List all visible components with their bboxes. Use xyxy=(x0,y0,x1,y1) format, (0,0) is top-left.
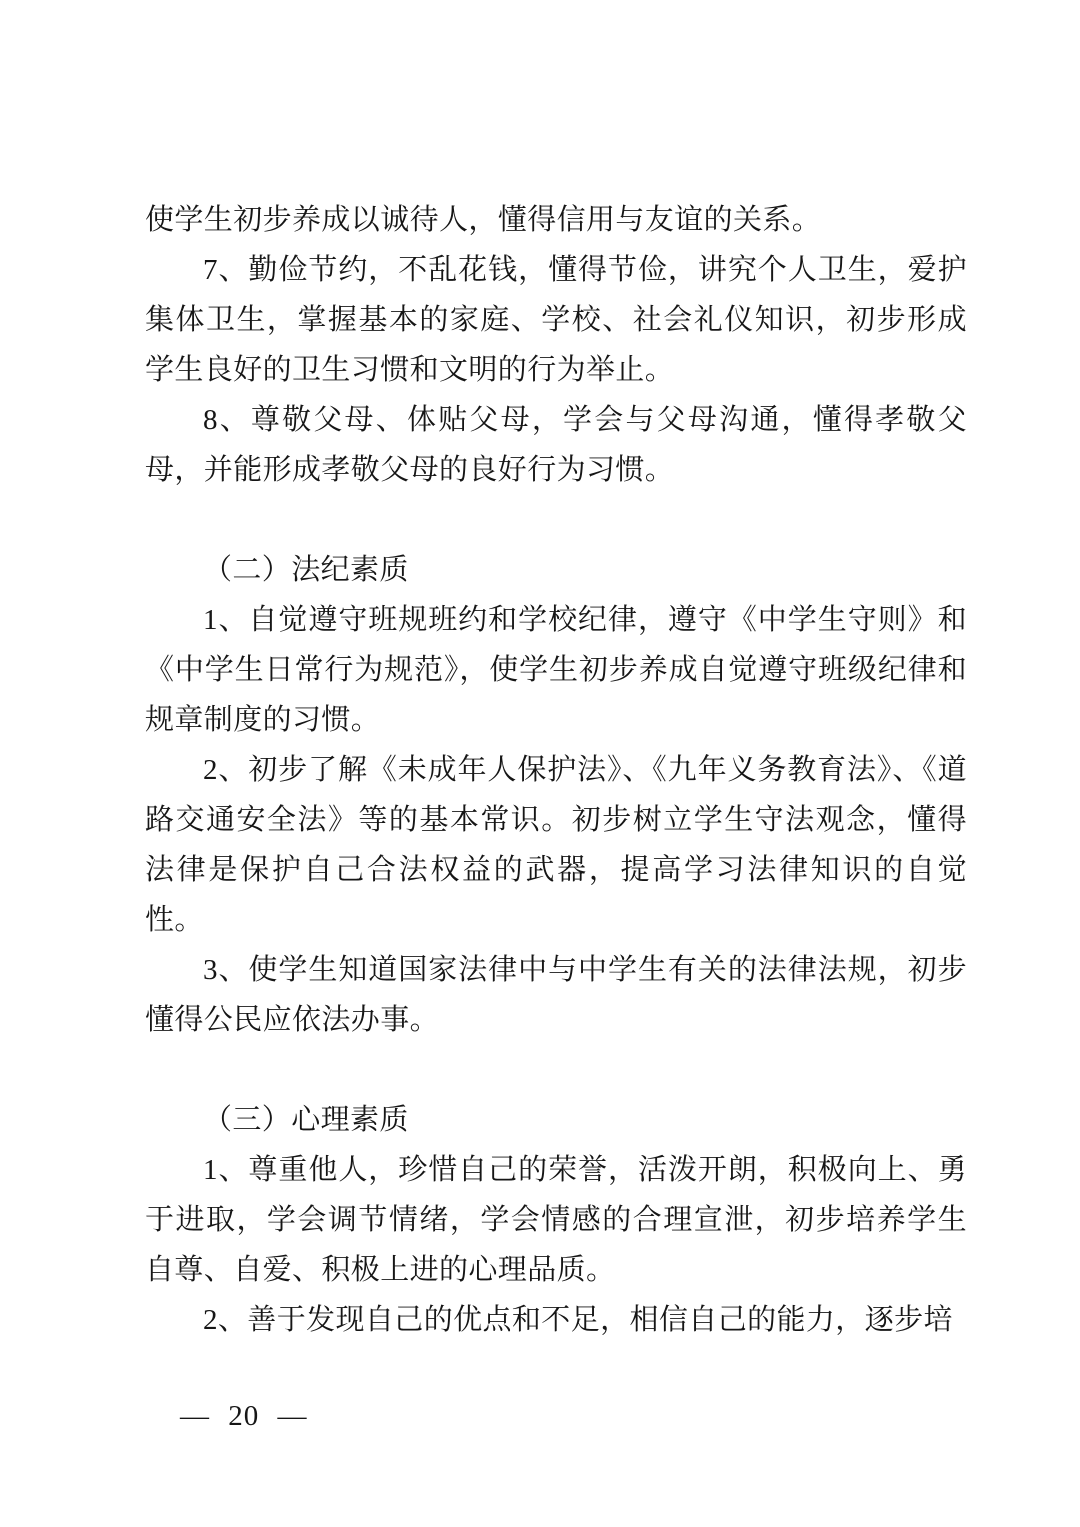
section-heading: （三）心理素质 xyxy=(145,1095,967,1145)
document-page: { "page": { "background_color": "#ffffff… xyxy=(0,0,1080,1527)
document-body: 使学生初步养成以诚待人，懂得信用与友谊的关系。7、勤俭节约，不乱花钱，懂得节俭，… xyxy=(145,195,967,1345)
body-paragraph: 8、尊敬父母、体贴父母，学会与父母沟通，懂得孝敬父母，并能形成孝敬父母的良好行为… xyxy=(145,395,967,495)
page-number: — 20 — xyxy=(180,1399,308,1433)
body-paragraph: 使学生初步养成以诚待人，懂得信用与友谊的关系。 xyxy=(145,195,967,245)
body-paragraph: 2、善于发现自己的优点和不足，相信自己的能力，逐步培 xyxy=(145,1295,967,1345)
section-heading: （二）法纪素质 xyxy=(145,545,967,595)
body-paragraph: 2、初步了解《未成年人保护法》、《九年义务教育法》、《道路交通安全法》等的基本常… xyxy=(145,745,967,945)
page-background: 使学生初步养成以诚待人，懂得信用与友谊的关系。7、勤俭节约，不乱花钱，懂得节俭，… xyxy=(0,0,1080,1527)
body-paragraph: 7、勤俭节约，不乱花钱，懂得节俭，讲究个人卫生，爱护集体卫生，掌握基本的家庭、学… xyxy=(145,245,967,395)
body-paragraph: 3、使学生知道国家法律中与中学生有关的法律法规，初步懂得公民应依法办事。 xyxy=(145,945,967,1045)
body-paragraph: 1、尊重他人，珍惜自己的荣誉，活泼开朗，积极向上、勇于进取，学会调节情绪，学会情… xyxy=(145,1145,967,1295)
body-paragraph: 1、自觉遵守班规班约和学校纪律，遵守《中学生守则》和《中学生日常行为规范》，使学… xyxy=(145,595,967,745)
